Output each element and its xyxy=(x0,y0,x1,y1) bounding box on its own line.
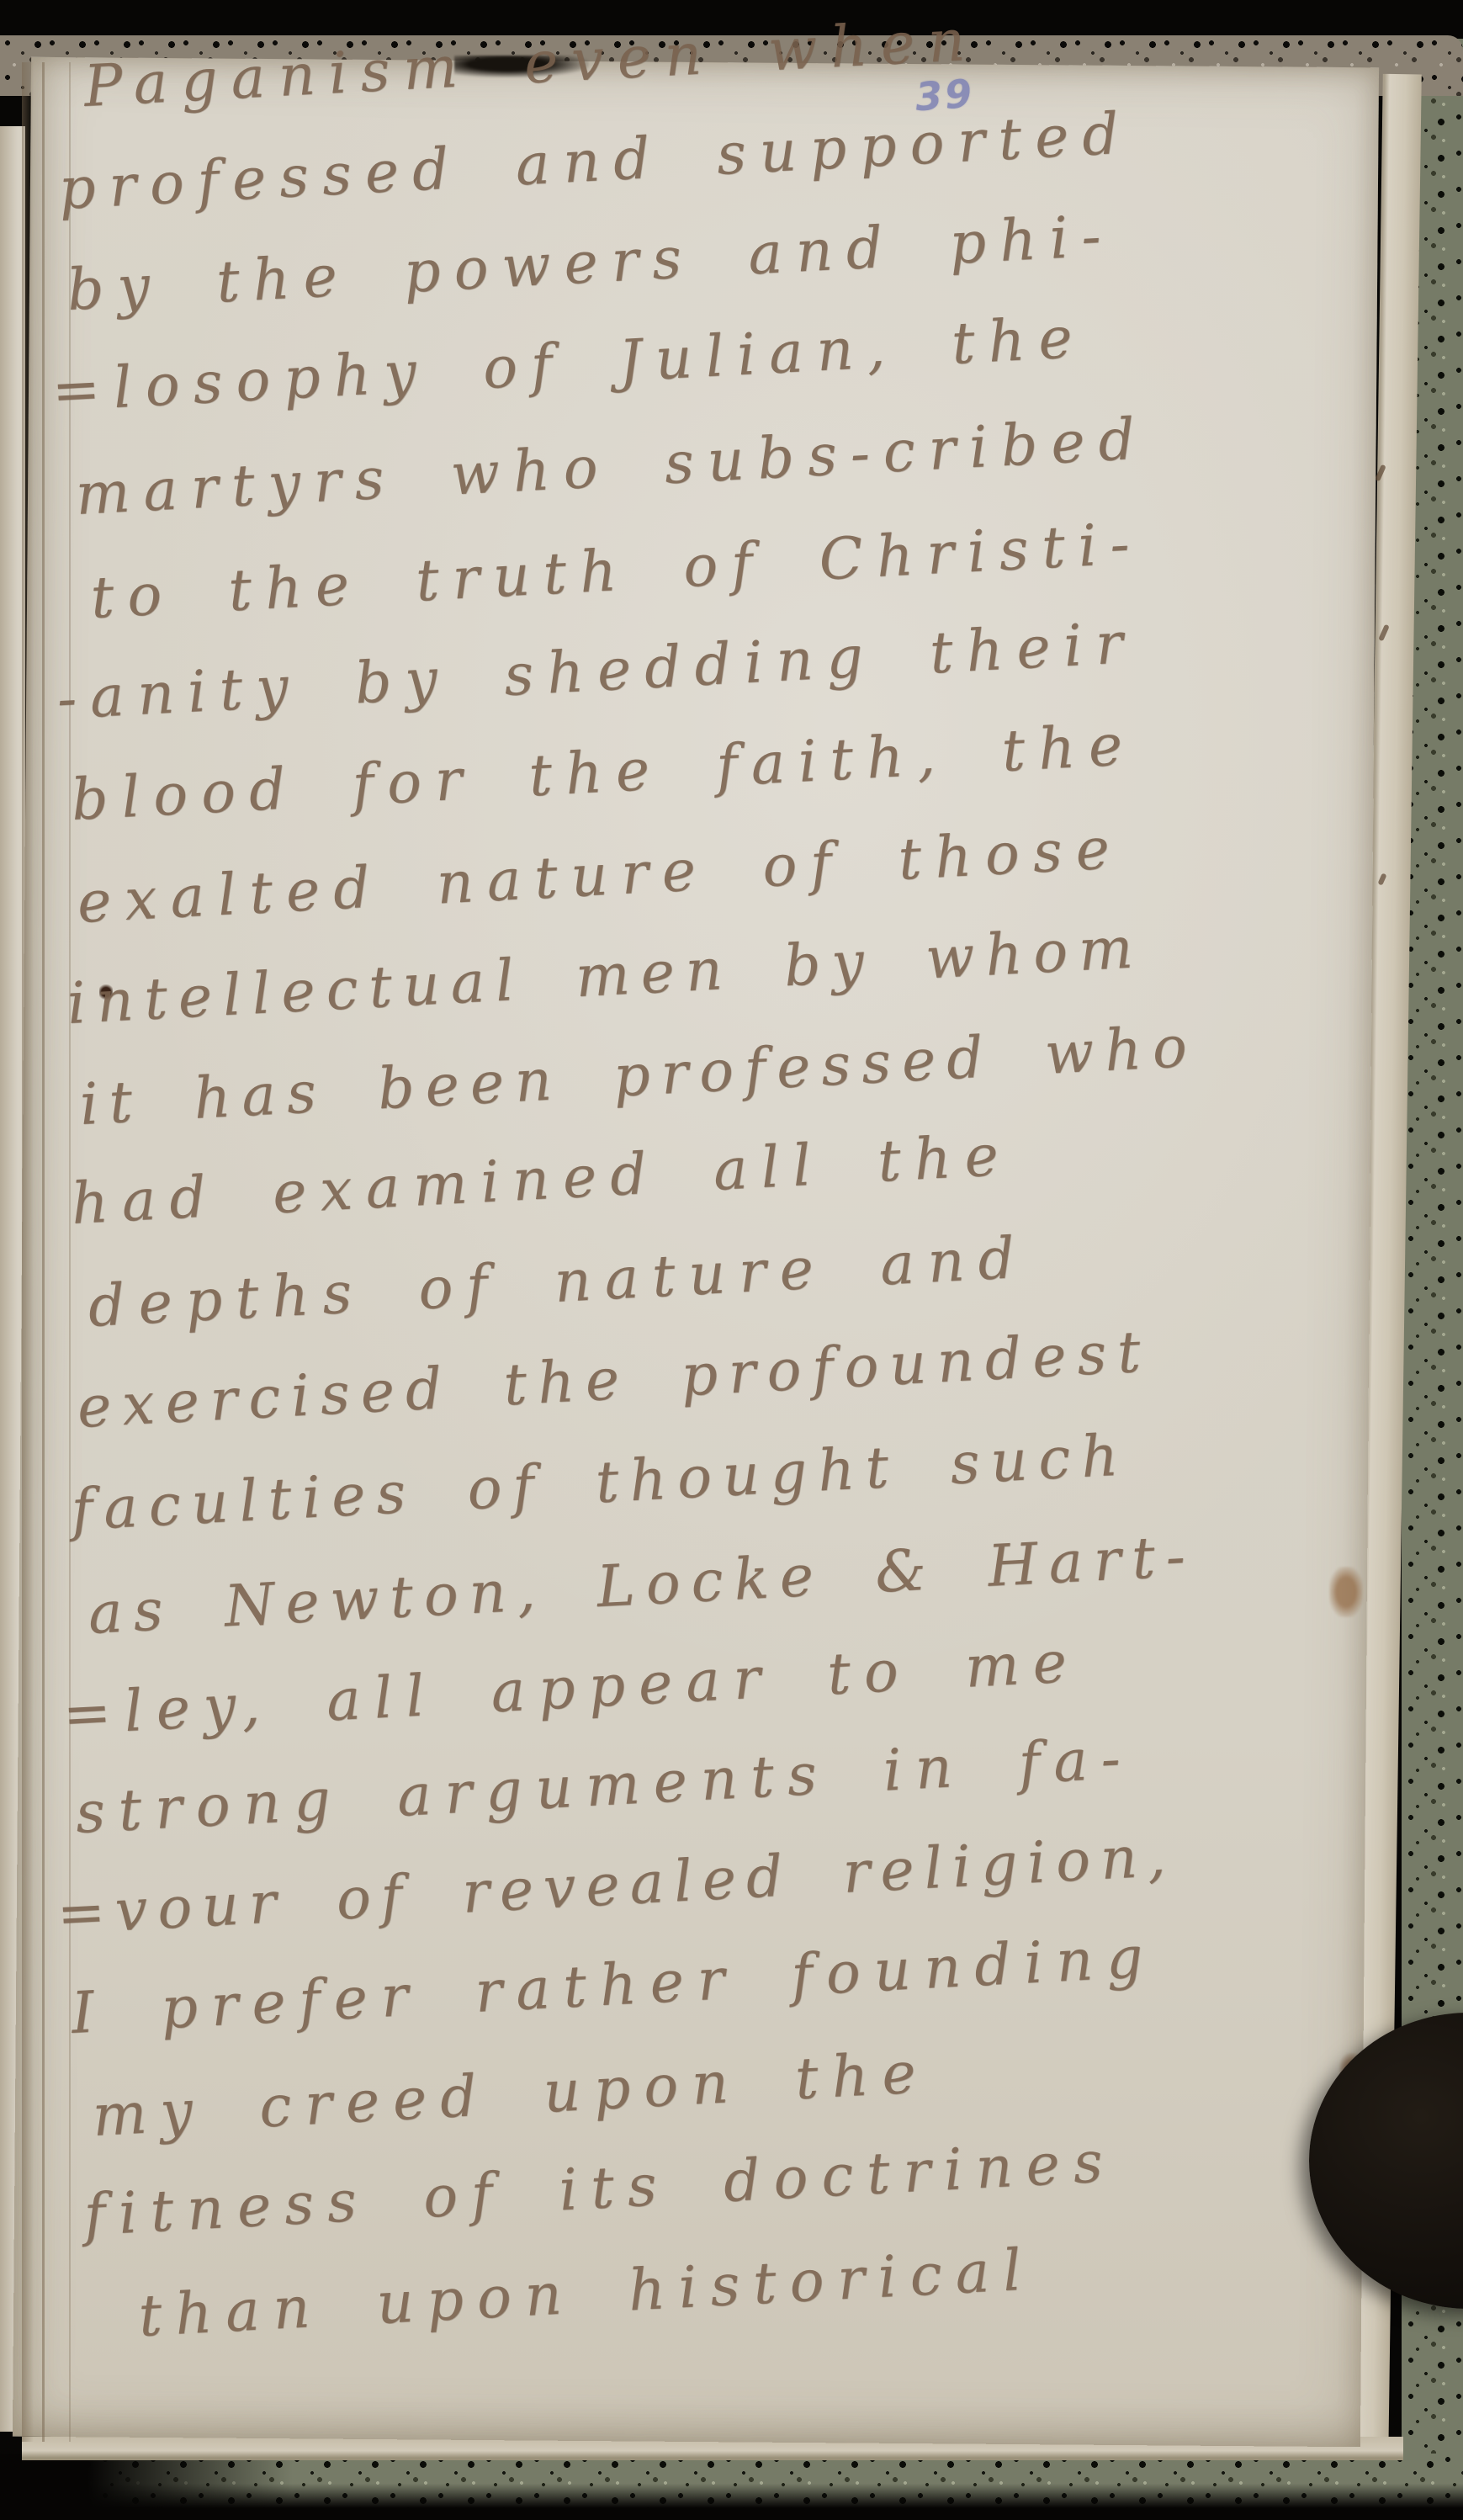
stain xyxy=(1329,1567,1363,1617)
manuscript-photo: 39 Paganism even when professed and supp… xyxy=(0,0,1463,2520)
marbled-cover-bottom-edge xyxy=(0,2454,1463,2520)
